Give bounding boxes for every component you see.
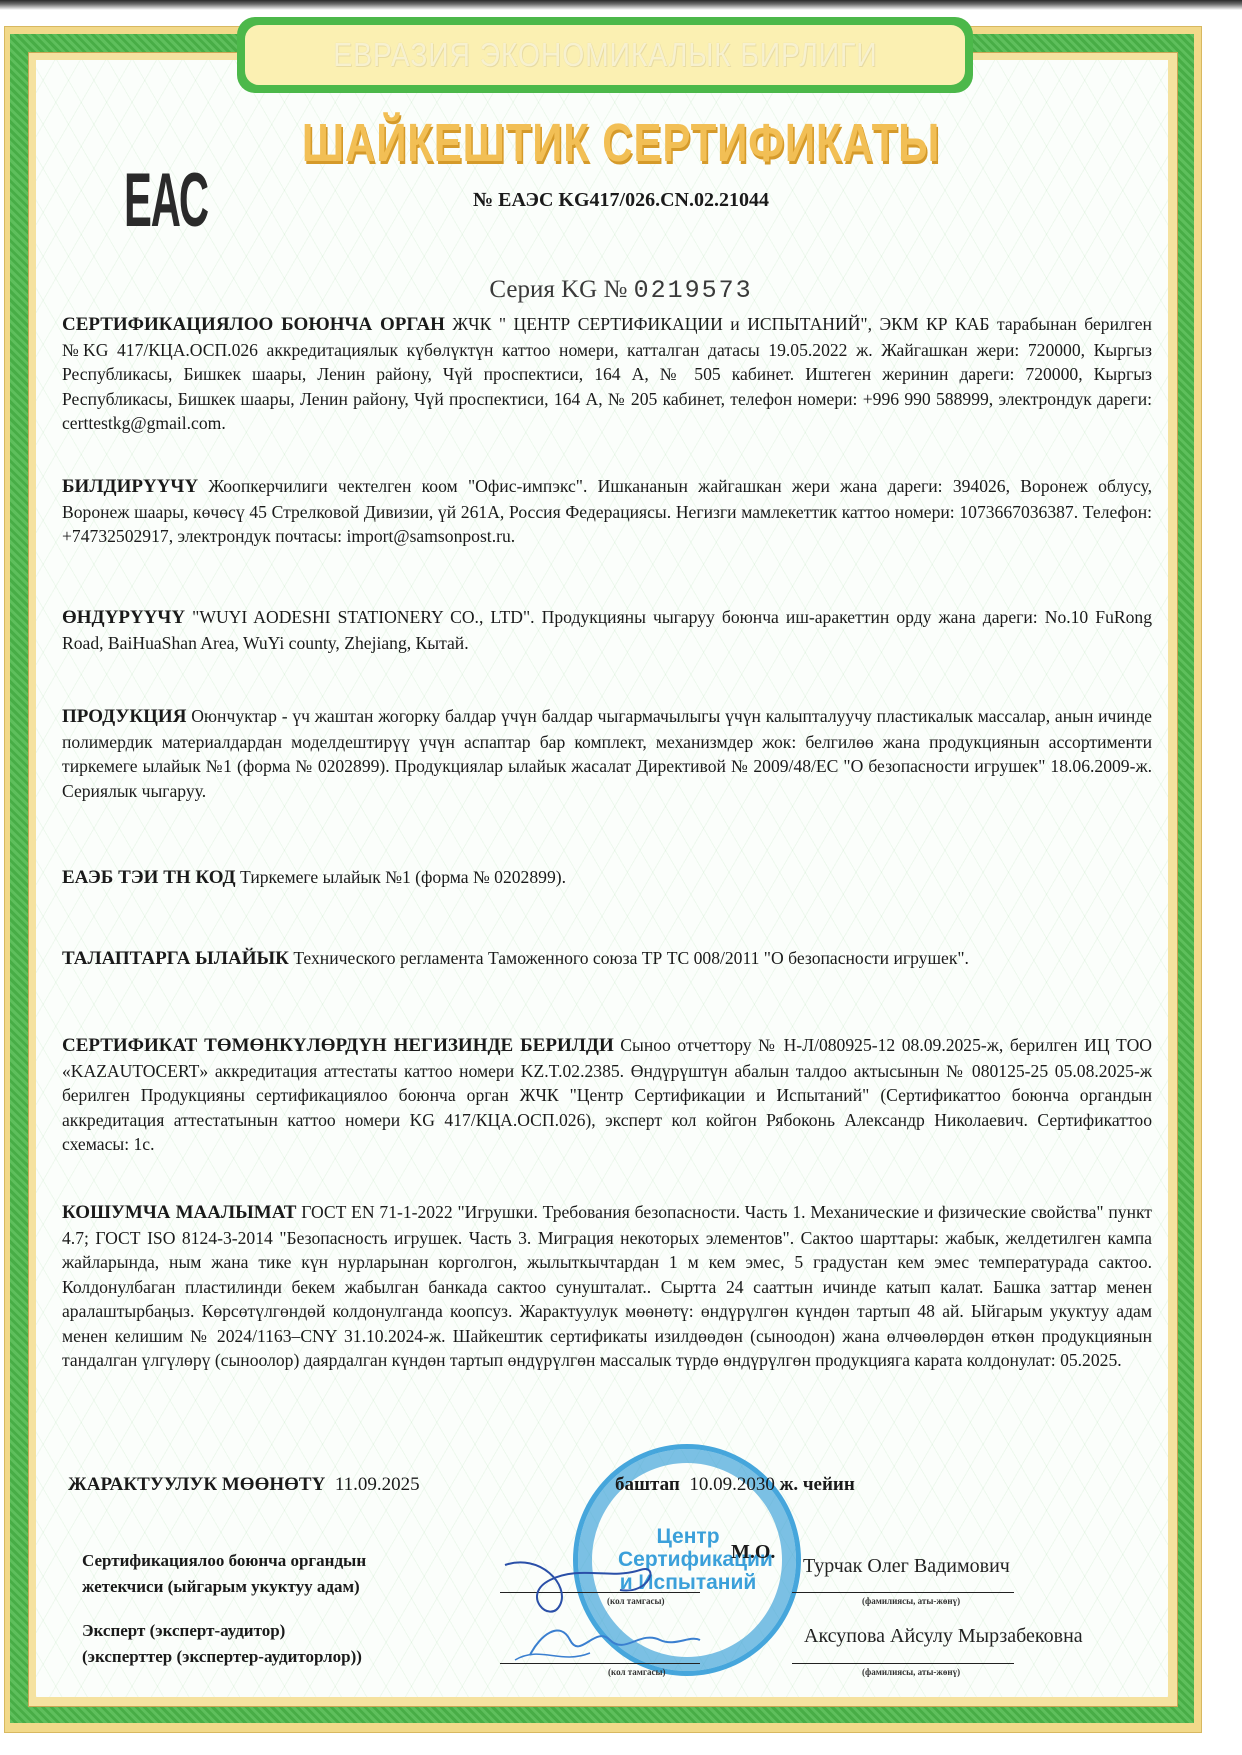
section-manufacturer: ӨНДҮРҮҮЧҮ "WUYI AODESHI STATIONERY CO., … <box>62 605 1152 655</box>
union-banner: ЕВРАЗИЯ ЭКОНОМИКАЛЫК БИРЛИГИ <box>237 17 973 93</box>
section-label: БИЛДИРҮҮЧҮ <box>62 476 198 497</box>
validity-label: ЖАРАКТУУЛУК МӨӨНӨТҮ <box>68 1474 325 1495</box>
section-label: ЕАЭБ ТЭИ ТН КОД <box>62 867 236 888</box>
section-additional-info: КОШУМЧА МААЛЫМАТ ГОСТ EN 71-1-2022 "Игру… <box>62 1200 1152 1373</box>
series-value: 0219573 <box>634 276 753 305</box>
section-text: Жоопкерчилиги чектелген коом "Офис-импэк… <box>62 476 1152 546</box>
validity-until-suffix: ж. чейин <box>780 1474 855 1495</box>
union-banner-plate: ЕВРАЗИЯ ЭКОНОМИКАЛЫК БИРЛИГИ <box>245 25 965 85</box>
union-banner-text: ЕВРАЗИЯ ЭКОНОМИКАЛЫК БИРЛИГИ <box>333 36 877 74</box>
seal-mark: М.О. <box>731 1541 775 1564</box>
section-conformity: ТАЛАПТАРГА ЫЛАЙЫК Технического регламент… <box>62 946 1152 972</box>
section-label: ПРОДУКЦИЯ <box>62 706 186 727</box>
validity-until-date: 10.09.2030 <box>689 1474 775 1495</box>
head-signer-name: Турчак Олег Вадимович <box>803 1555 1010 1578</box>
series-number: Серия KG № 0219573 <box>0 276 1242 305</box>
section-text: Технического регламента Таможенного союз… <box>293 948 969 968</box>
validity-until: баштап 10.09.2030 ж. чейин <box>615 1474 855 1496</box>
scan-edge <box>0 0 1242 10</box>
head-label-line: Сертификациялоо боюнча органдын <box>82 1548 366 1574</box>
expert-name-caption: (фамилиясы, аты-жөнү) <box>862 1667 960 1677</box>
section-label: ӨНДҮРҮҮЧҮ <box>62 607 185 628</box>
section-label: СЕРТИФИКАЦИЯЛОО БОЮНЧА ОРГАН <box>62 314 445 335</box>
section-applicant: БИЛДИРҮҮЧҮ Жоопкерчилиги чектелген коом … <box>62 474 1152 549</box>
series-label: Серия KG № <box>489 276 627 303</box>
expert-label-line: (эксперттер (экспертер-аудиторлор)) <box>82 1644 362 1670</box>
validity-from: ЖАРАКТУУЛУК МӨӨНӨТҮ 11.09.2025 <box>68 1474 420 1496</box>
section-text: Тиркемеге ылайык №1 (форма № 0202899). <box>240 867 566 887</box>
head-name-caption: (фамилиясы, аты-жөнү) <box>862 1596 960 1606</box>
section-basis: СЕРТИФИКАТ ТӨМӨНКҮЛӨРДҮН НЕГИЗИНДЕ БЕРИЛ… <box>62 1033 1152 1157</box>
section-product: ПРОДУКЦИЯ Оюнчуктар - үч жаштан жогорку … <box>62 704 1152 803</box>
section-text: Оюнчуктар - үч жаштан жогорку балдар үчү… <box>62 706 1152 801</box>
head-name-line <box>792 1592 1014 1593</box>
section-text: ГОСТ EN 71-1-2022 "Игрушки. Требования б… <box>62 1202 1152 1370</box>
expert-label-line: Эксперт (эксперт-аудитор) <box>82 1618 362 1644</box>
section-label: КОШУМЧА МААЛЫМАТ <box>62 1202 296 1223</box>
section-tn-code: ЕАЭБ ТЭИ ТН КОД Тиркемеге ылайык №1 (фор… <box>62 865 1152 891</box>
section-certification-body: СЕРТИФИКАЦИЯЛОО БОЮНЧА ОРГАН ЖЧК " ЦЕНТР… <box>62 312 1152 436</box>
handwritten-signature-icon <box>500 1545 730 1675</box>
certificate-title: ШАЙКЕШТИК СЕРТИФИКАТЫ <box>137 112 1106 174</box>
certificate-number: № ЕАЭС KG417/026.CN.02.21044 <box>0 189 1242 212</box>
section-text: "WUYI AODESHI STATIONERY CO., LTD". Прод… <box>62 607 1152 653</box>
expert-name-line <box>792 1663 1014 1664</box>
head-signatory-label: Сертификациялоо боюнча органдын жетекчис… <box>82 1548 366 1600</box>
expert-signatory-label: Эксперт (эксперт-аудитор) (эксперттер (э… <box>82 1618 362 1670</box>
expert-signer-name: Аксупова Айсулу Мырзабековна <box>804 1625 1083 1648</box>
section-label: ТАЛАПТАРГА ЫЛАЙЫК <box>62 948 289 969</box>
head-label-line: жетекчиси (ыйгарым укуктуу адам) <box>82 1574 366 1600</box>
validity-from-suffix: баштап <box>615 1474 680 1495</box>
validity-from-date: 11.09.2025 <box>335 1474 420 1495</box>
section-label: СЕРТИФИКАТ ТӨМӨНКҮЛӨРДҮН НЕГИЗИНДЕ БЕРИЛ… <box>62 1035 614 1056</box>
